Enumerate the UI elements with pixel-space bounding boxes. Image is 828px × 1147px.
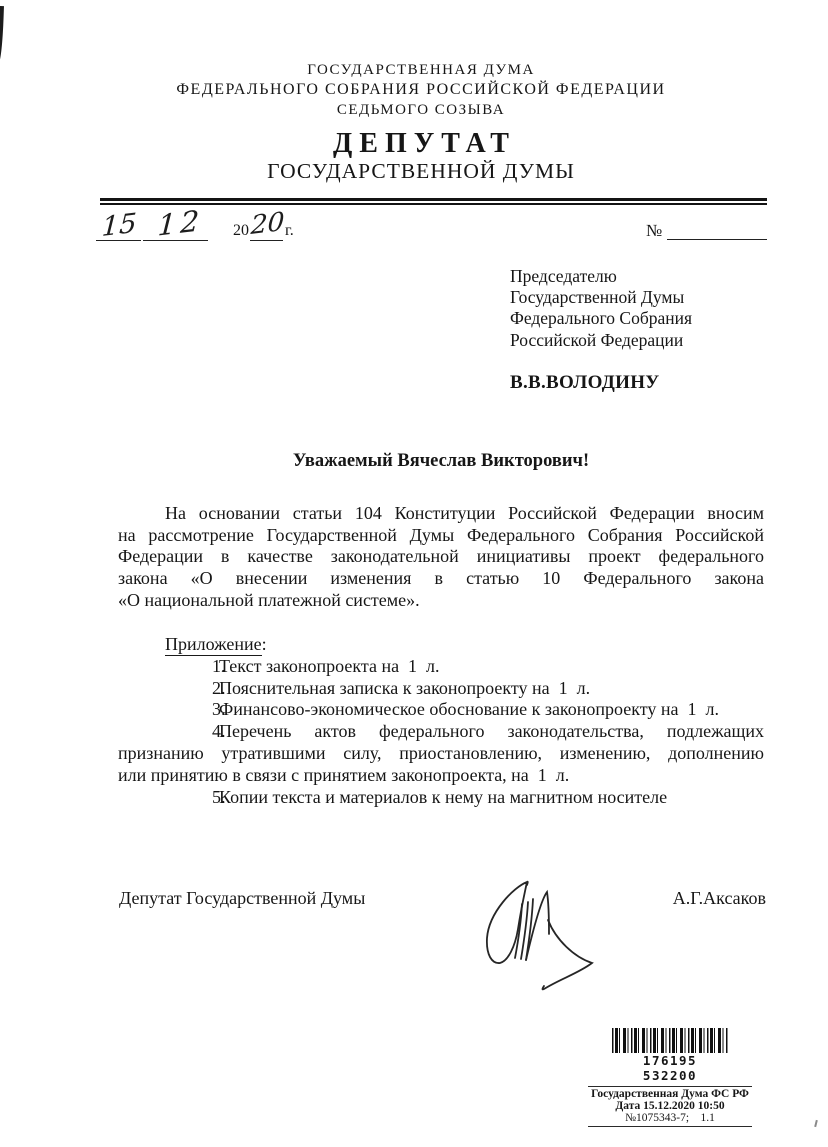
recipient-address-line: Государственной Думы [510,287,692,308]
attachment-item-number: 4. [165,721,219,743]
stamp-rule-bottom [588,1126,752,1127]
day-underline [96,240,141,241]
stamp-rule-top [588,1086,752,1087]
scan-artifact-top-left [0,6,4,62]
recipient-address-line: Федерального Собрания [510,308,692,329]
handwritten-month: 12 [157,203,204,242]
attachments-block: Приложение: 1.Текст законопроекта на 1 л… [118,634,764,808]
signer-name: А.Г.Аксаков [673,888,766,909]
letterhead-line-3: СЕДЬМОГО СОЗЫВА [14,100,828,120]
attachment-item-line: признанию утратившими силу, приостановле… [118,743,764,765]
signer-position: Депутат Государственной Думы [119,888,365,909]
body-line: на рассмотрение Государственной Думы Фед… [118,525,764,547]
stamp-date: Дата 15.12.2020 10:50 [588,1100,752,1112]
attachment-item-line: или принятию в связи с принятием законоп… [118,765,764,787]
year-underline [250,240,283,241]
role-title: ДЕПУТАТ [14,129,828,159]
body-line: «О национальной платежной системе». [118,590,764,612]
month-underline [143,240,208,241]
attachment-item-line: 2.Пояснительная записка к законопроекту … [118,678,764,700]
attachment-item-text: Перечень актов федерального законодатель… [219,721,764,741]
recipient-name: В.В.ВОЛОДИНУ [510,372,692,393]
body-line: закона «О внесении изменения в статью 10… [118,568,764,590]
letterhead-line-1: ГОСУДАРСТВЕННАЯ ДУМА [14,60,828,80]
attachments-label-text: Приложение [165,634,262,656]
body-paragraph: На основании статьи 104 Конституции Росс… [118,503,764,612]
scan-artifact-bottom-right [814,1120,818,1127]
recipient-block: ПредседателюГосударственной ДумыФедераль… [510,266,692,393]
attachment-item-number: 5. [165,787,219,809]
attachments-list: 1.Текст законопроекта на 1 л.2.Пояснител… [118,656,764,809]
letterhead: ГОСУДАРСТВЕННАЯ ДУМА ФЕДЕРАЛЬНОГО СОБРАН… [14,60,828,183]
attachment-item-line: 5.Копии текста и материалов к нему на ма… [118,787,764,809]
stamp-number: №1075343-7; 1.1 [588,1112,752,1124]
year-suffix: г. [285,222,294,240]
recipient-address-line: Российской Федерации [510,330,692,351]
attachment-item-number: 2. [165,678,219,700]
registration-stamp: 176195 532200 Государственная Дума ФС РФ… [588,1028,752,1127]
handwritten-signature [478,872,608,1002]
recipient-address-line: Председателю [510,266,692,287]
salutation: Уважаемый Вячеслав Викторович! [118,451,764,472]
role-subtitle: ГОСУДАРСТВЕННОЙ ДУМЫ [14,159,828,183]
barcode-digits: 176195 532200 [612,1053,728,1083]
attachment-item-line: 1.Текст законопроекта на 1 л. [118,656,764,678]
attachment-item-line: 3.Финансово-экономическое обоснование к … [118,699,764,721]
number-underline [667,239,767,240]
attachment-item-text: Пояснительная записка к законопроекту на… [219,678,590,698]
attachment-item-text: Финансово-экономическое обоснование к за… [219,699,719,719]
recipient-address: ПредседателюГосударственной ДумыФедераль… [510,266,692,351]
stamp-org: Государственная Дума ФС РФ [588,1088,752,1100]
attachment-item-number: 1. [165,656,219,678]
attachments-label-colon: : [262,634,267,654]
handwritten-year: 20 [250,207,285,241]
attachment-item-text: Текст законопроекта на 1 л. [219,656,440,676]
letterhead-line-2: ФЕДЕРАЛЬНОГО СОБРАНИЯ РОССИЙСКОЙ ФЕДЕРАЦ… [14,80,828,100]
attachment-item-text: Копии текста и материалов к нему на магн… [219,787,667,807]
body-line: На основании статьи 104 Конституции Росс… [118,503,764,525]
handwritten-day: 15 [101,208,137,243]
number-sign: № [646,221,662,241]
attachment-item-line: 4.Перечень актов федерального законодате… [118,721,764,743]
document-page: ГОСУДАРСТВЕННАЯ ДУМА ФЕДЕРАЛЬНОГО СОБРАН… [0,0,828,1147]
attachments-label: Приложение: [118,634,764,656]
body-line: Федерации в качестве законодательной ини… [118,546,764,568]
year-prefix: 20 [233,222,249,240]
attachment-item-number: 3. [165,699,219,721]
